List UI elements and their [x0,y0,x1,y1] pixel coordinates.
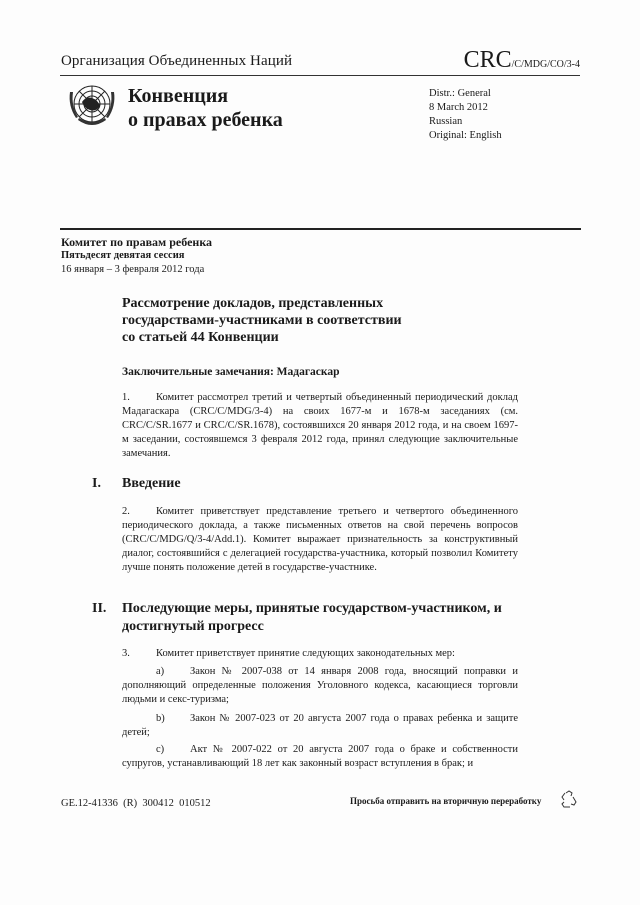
convention-title: Конвенция о правах ребенка [128,84,283,132]
un-emblem-icon [64,78,120,134]
recycle-note: Просьба отправить на вторичную переработ… [350,796,541,806]
convention-title-line1: Конвенция [128,84,283,108]
list-item-a: a)Закон № 2007-038 от 14 января 2008 год… [122,665,518,707]
list-item-c: c)Акт № 2007-022 от 20 августа 2007 года… [122,743,518,771]
header-rule [60,75,580,76]
document-subtitle: Заключительные замечания: Мадагаскар [122,366,340,378]
paragraph-1: 1.Комитет рассмотрел третий и четвертый … [122,391,518,461]
distribution-info: Distr.: General 8 March 2012 Russian Ori… [429,87,502,143]
document-symbol: CRC/C/MDG/CO/3-4 [464,47,580,74]
section-heading-2: II. Последующие меры, принятые государст… [92,600,512,638]
section-title: Введение [122,475,502,493]
organization-name: Организация Объединенных Наций [61,53,292,70]
document-title: Рассмотрение докладов, представленных го… [122,295,522,346]
title-line: Рассмотрение докладов, представленных [122,295,522,312]
section-rule [60,228,581,230]
paragraph-text: Комитет приветствует представление треть… [122,506,518,573]
paragraph-text: Комитет приветствует принятие следующих … [156,648,455,659]
document-code: GE.12-41336 (R) 300412 010512 [61,798,211,809]
original-language-line: Original: English [429,129,502,143]
paragraph-text: Комитет рассмотрел третий и четвертый об… [122,392,518,459]
paragraph-number: 1. [122,391,156,405]
section-number: I. [92,475,101,493]
list-item-b: b)Закон № 2007-023 от 20 августа 2007 го… [122,712,518,740]
paragraph-2: 2.Комитет приветствует представление тре… [122,505,518,575]
symbol-main: CRC [464,47,512,73]
paragraph-number: 2. [122,505,156,519]
item-label: a) [156,665,190,679]
paragraph-3: 3.Комитет приветствует принятие следующи… [122,647,518,661]
item-label: b) [156,712,190,726]
convention-title-line2: о правах ребенка [128,108,283,132]
section-number: II. [92,600,106,618]
paragraph-number: 3. [122,647,156,661]
committee-block: Комитет по правам ребенка Пятьдесят девя… [61,235,212,277]
committee-session: Пятьдесят девятая сессия [61,249,212,263]
title-line: со статьей 44 Конвенции [122,329,522,346]
date-line: 8 March 2012 [429,101,502,115]
title-line: государствами-участниками в соответствии [122,312,522,329]
section-heading-1: I. Введение [92,475,512,495]
language-line: Russian [429,115,502,129]
committee-name: Комитет по правам ребенка [61,235,212,249]
recycle-icon [558,789,580,811]
section-title: Последующие меры, принятые государством-… [122,600,502,636]
committee-dates: 16 января – 3 февраля 2012 года [61,263,212,277]
symbol-suffix: /C/MDG/CO/3-4 [512,59,580,70]
distribution-line: Distr.: General [429,87,502,101]
item-label: c) [156,743,190,757]
